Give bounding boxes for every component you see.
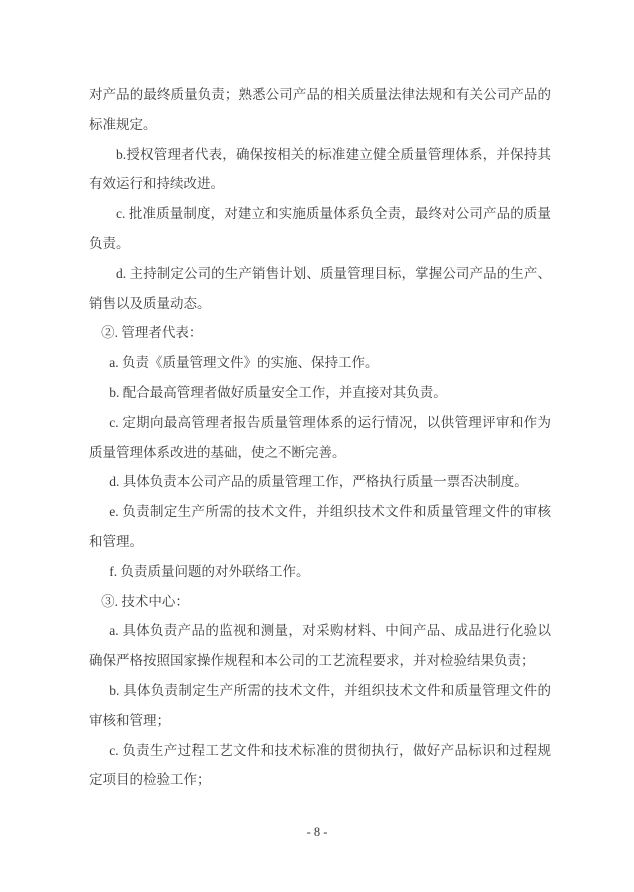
paragraph: b. 配合最高管理者做好质量安全工作，并直接对其负责。 (89, 378, 551, 408)
paragraph: ②. 管理者代表： (89, 318, 551, 348)
paragraph: d. 主持制定公司的生产销售计划、质量管理目标，掌握公司产品的生产、销售以及质量… (89, 259, 551, 319)
paragraph: ③. 技术中心： (89, 587, 551, 617)
paragraph: c. 定期向最高管理者报告质量管理体系的运行情况，以供管理评审和作为质量管理体系… (89, 408, 551, 468)
document-page: 对产品的最终质量负责；熟悉公司产品的相关质量法律法规和有关公司产品的标准规定。b… (0, 0, 634, 892)
paragraph: a. 负责《质量管理文件》的实施、保持工作。 (89, 348, 551, 378)
page-body-text: 对产品的最终质量负责；熟悉公司产品的相关质量法律法规和有关公司产品的标准规定。b… (89, 80, 551, 795)
paragraph: a. 具体负责产品的监视和测量，对采购材料、中间产品、成品进行化验以确保严格按照… (89, 616, 551, 676)
paragraph: d. 具体负责本公司产品的质量管理工作，严格执行质量一票否决制度。 (89, 467, 551, 497)
paragraph: b.授权管理者代表，确保按相关的标准建立健全质量管理体系，并保持其有效运行和持续… (89, 140, 551, 200)
page-number: - 8 - (0, 822, 634, 842)
paragraph: c. 批准质量制度，对建立和实施质量体系负全责，最终对公司产品的质量负责。 (89, 199, 551, 259)
paragraph: b. 具体负责制定生产所需的技术文件，并组织技术文件和质量管理文件的审核和管理； (89, 676, 551, 736)
paragraph: e. 负责制定生产所需的技术文件，并组织技术文件和质量管理文件的审核和管理。 (89, 497, 551, 557)
paragraph: f. 负责质量问题的对外联络工作。 (89, 557, 551, 587)
paragraph: 对产品的最终质量负责；熟悉公司产品的相关质量法律法规和有关公司产品的标准规定。 (89, 80, 551, 140)
paragraph: c. 负责生产过程工艺文件和技术标准的贯彻执行，做好产品标识和过程规定项目的检验… (89, 736, 551, 796)
